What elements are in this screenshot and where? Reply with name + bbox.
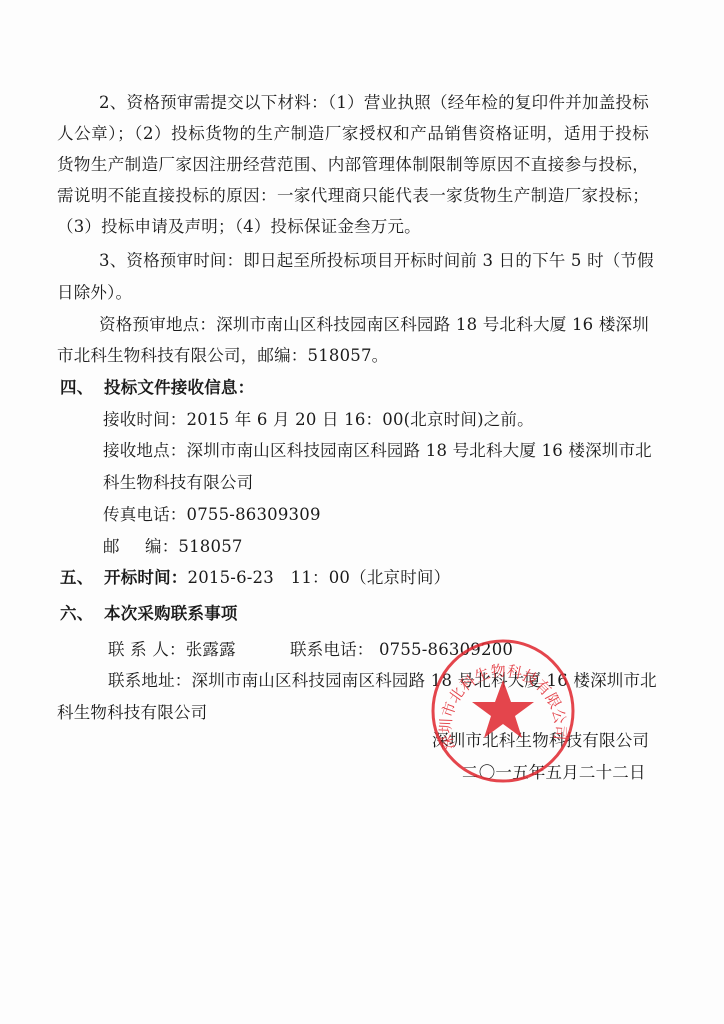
section4-number: 四、 — [60, 378, 104, 398]
section6-number: 六、 — [60, 604, 104, 624]
receive-location-line-2: 科生物科技有限公司 — [103, 473, 253, 493]
postcode-label-2: 编：518057 — [145, 537, 243, 556]
para2-line-1: 2、资格预审需提交以下材料：（1）营业执照（经年检的复印件并加盖投标 — [57, 93, 649, 113]
section4-heading: 四、投标文件接收信息： — [60, 378, 254, 398]
signature-date: 二〇一五年五月二十二日 — [462, 763, 646, 783]
section6-title: 本次采购联系事项 — [104, 604, 238, 623]
section5-number: 五、 — [60, 568, 104, 588]
section6-heading: 六、本次采购联系事项 — [60, 604, 238, 624]
para2-line-4: 需说明不能直接投标的原因：一家代理商只能代表一家货物生产制造厂家投标； — [57, 186, 649, 206]
receive-time: 接收时间：2015 年 6 月 20 日 16：00(北京时间)之前。 — [103, 410, 534, 430]
postcode: 邮编：518057 — [103, 537, 243, 557]
para2-line-3: 货物生产制造厂家因注册经营范围、内部管理体制限制等原因不直接参与投标， — [57, 155, 649, 175]
para2-line-5: （3）投标申请及声明；（4）投标保证金叁万元。 — [57, 217, 421, 237]
prequal-location-line-2: 市北科生物科技有限公司，邮编：518057。 — [57, 346, 388, 366]
signature-company: 深圳市北科生物科技有限公司 — [432, 731, 649, 751]
contact-phone: 联系电话： 0755-86309200 — [290, 640, 513, 660]
section5-value: 2015-6-23 11：00（北京时间） — [188, 568, 451, 587]
fax-number: 传真电话：0755-86309309 — [103, 505, 321, 525]
contact-address-line-2: 科生物科技有限公司 — [57, 703, 207, 723]
postcode-label-1: 邮 — [103, 537, 145, 557]
document-page: 2、资格预审需提交以下材料：（1）营业执照（经年检的复印件并加盖投标 人公章）；… — [0, 0, 724, 1024]
prequal-location-line-1: 资格预审地点：深圳市南山区科技园南区科园路 18 号北科大厦 16 楼深圳 — [99, 315, 649, 335]
para3-line-2: 日除外）。 — [57, 283, 132, 303]
receive-location-line-1: 接收地点：深圳市南山区科技园南区科园路 18 号北科大厦 16 楼深圳市北 — [103, 441, 649, 461]
contact-person: 联 系 人：张露露 — [108, 640, 236, 660]
contact-address-line-1: 联系地址：深圳市南山区科技园南区科园路 18 号北科大厦 16 楼深圳市北 — [108, 671, 649, 691]
section5-title: 开标时间： — [104, 568, 188, 587]
para2-line-2: 人公章）；（2）投标货物的生产制造厂家授权和产品销售资格证明，适用于投标 — [57, 124, 649, 144]
section5-heading: 五、开标时间：2015-6-23 11：00（北京时间） — [60, 568, 450, 588]
section4-title: 投标文件接收信息： — [104, 378, 254, 397]
para3-line-1: 3、资格预审时间：即日起至所投标项目开标时间前 3 日的下午 5 时（节假 — [99, 251, 649, 271]
